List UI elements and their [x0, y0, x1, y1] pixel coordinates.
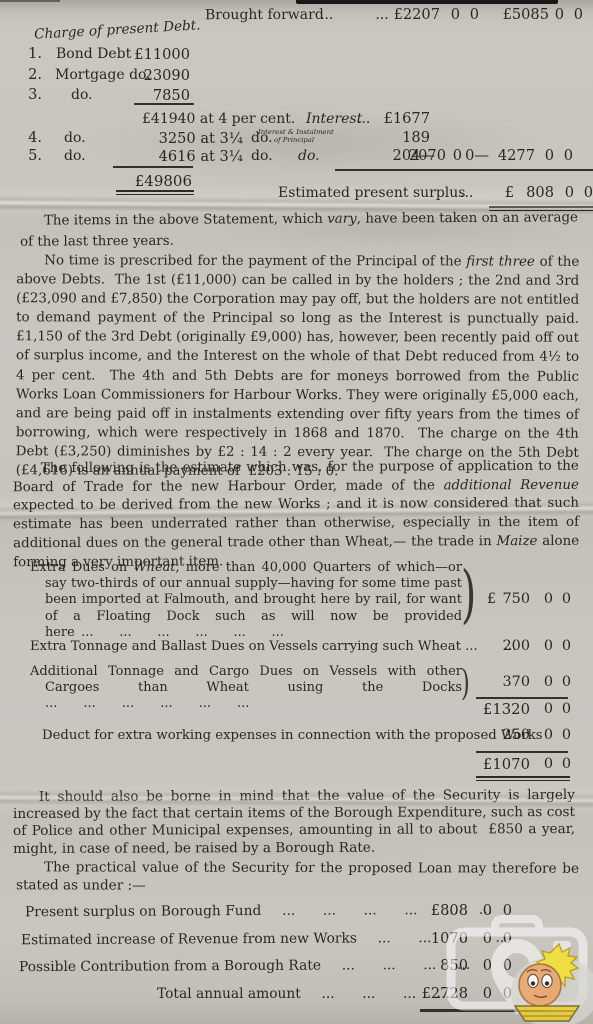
sum-rule [113, 166, 193, 168]
shillings-col: 0 [480, 902, 492, 919]
shillings-col: 0 [480, 985, 492, 1002]
pence-col: 0 [559, 638, 571, 654]
debt-item-number: 1. [24, 45, 42, 62]
grand-total: £49806 [130, 172, 192, 190]
security-row-surplus: Present surplus on Borough Fund ... ... … [25, 902, 492, 920]
sum-rule [335, 169, 593, 171]
pence-col: 0 [500, 930, 512, 947]
security-value: 1070 [424, 930, 468, 947]
pence-col: 0 [559, 674, 571, 690]
sum-rule [420, 1009, 546, 1012]
shillings-col: 0 [541, 674, 553, 690]
ditto-label: do. [298, 148, 320, 164]
estimate-row-wheat-dues: Extra Dues on Wheat, more than 40,000 Qu… [30, 560, 462, 641]
paragraph-practical-value: The practical value of the Security for … [16, 859, 579, 895]
currency-symbol: £ [502, 184, 514, 201]
estimate-value: 750 [492, 591, 530, 607]
leader-dots: ... ... [320, 7, 389, 23]
shillings-col: 0 [450, 147, 462, 164]
text-segment: Present surplus on Borough Fund [25, 903, 261, 920]
text-segment: The practical value of the Security for … [16, 859, 583, 893]
italic-first-three: first three [466, 254, 535, 269]
debt-item-value: 4616 at 3¼ [158, 148, 243, 165]
shillings-col: 0 [541, 756, 553, 772]
pence-col: 0 [559, 756, 571, 772]
debt-item-number: 4. [24, 129, 42, 146]
estimate-subtotal: £1320 [478, 701, 530, 718]
debt-item-number: 2. [24, 66, 42, 83]
shillings-col: 0 [541, 701, 553, 717]
debt-item-label: do. [64, 148, 86, 164]
text-segment: Estimated increase of Revenue from new W… [21, 931, 357, 949]
text-segment: of the above Debts. The 1st (£11,000) ca… [16, 255, 588, 480]
debt-item-label: do. [71, 87, 93, 103]
security-total-row: Total annual amount ... ... ... ... [157, 986, 450, 1002]
paragraph-average-note: The items in the above Statement, which … [20, 207, 578, 252]
double-rule [116, 190, 194, 195]
leader-dots: ... [357, 111, 370, 127]
italic-additional-revenue: additional Revenue [444, 477, 579, 493]
sum-rule [476, 751, 568, 753]
pence-col: 0— [465, 147, 489, 164]
pence-col: 0 [467, 6, 479, 23]
interest-instalment-note: Interest & Instalmentof Principal [258, 129, 330, 144]
estimate-value: 250 [492, 727, 530, 743]
debt-item-label: do. [64, 130, 86, 146]
text-segment: Possible Contribution from a Borough Rat… [19, 958, 321, 976]
scan-edge-strip [296, 0, 558, 4]
total-value: 4277 [489, 147, 535, 164]
pence-col: 0 [500, 902, 512, 919]
shillings-col: 0 [541, 727, 553, 743]
text-segment: No time is prescribed for the payment of… [44, 253, 466, 269]
security-value: 808 [424, 902, 468, 919]
debt-item-value: £11000 [128, 46, 190, 63]
paragraph-debt-terms: No time is prescribed for the payment of… [16, 251, 580, 482]
pence-col: 0 [500, 985, 512, 1002]
ditto-label: do. [251, 148, 273, 164]
debt-item-value: 23090 [128, 67, 190, 84]
italic-maize: Maize [496, 534, 537, 549]
scanned-document-page: Brought forward ... ... £2207 0 0 £5085 … [0, 0, 593, 1024]
security-row-borough-rate: Possible Contribution from a Borough Rat… [19, 957, 470, 975]
italic-wheat: Wheat [133, 560, 175, 575]
estimate-net-total: £1070 [478, 756, 530, 773]
shillings-col: 0 [562, 184, 574, 201]
surplus-label: Estimated present surplus [278, 185, 466, 201]
security-value: 850 [424, 957, 468, 974]
brace-glyph: ) [461, 662, 470, 704]
pence-col: 0 [500, 957, 512, 974]
sun-icon [537, 944, 578, 987]
pence-col: 0 [561, 147, 573, 164]
estimate-row-cargo-dues: Additional Tonnage and Cargo Dues on Ves… [30, 664, 462, 713]
shillings-col: 0 [552, 6, 564, 23]
shillings-col: 0 [541, 591, 553, 607]
debt-item-value: 7850 [128, 87, 190, 104]
brought-forward-amount-2: £5085 [495, 6, 549, 23]
principal-total: £41940 at 4 per cent. [142, 111, 295, 127]
debt-item-value: 3250 at 3¼ [158, 130, 243, 147]
debt-item-number: 3. [24, 86, 42, 103]
estimate-value: 200 [492, 638, 530, 654]
brought-forward-amount-1: £2207 [388, 6, 440, 23]
face-icon [519, 964, 561, 1006]
sum-rule [134, 103, 194, 105]
text-segment: Extra Tonnage and Ballast Dues on Vessel… [30, 639, 478, 654]
note-line2: of Principal [274, 136, 314, 144]
brought-forward-label: Brought forward [205, 7, 324, 23]
interest-value: £1677 [375, 110, 430, 127]
charge-heading: Charge of present Debt. [34, 17, 201, 42]
paragraph-security-value: It should also be borne in mind that the… [13, 787, 575, 858]
shillings-col: 0 [541, 638, 553, 654]
text-segment: Extra Dues on [30, 560, 133, 575]
subtotal-value: 2070 [398, 147, 446, 164]
estimate-value: 370 [492, 674, 530, 690]
interest-word: Interest [306, 111, 362, 127]
leader-dots: ... [460, 185, 473, 201]
estimate-deduct-label: Deduct for extra working expenses in con… [42, 728, 543, 743]
leader-dots: ... ... ... ... ... ... [75, 625, 284, 640]
brace-glyph: ) [461, 558, 476, 632]
text-segment: Total annual amount [157, 986, 301, 1002]
security-total-value: £2728 [418, 985, 468, 1002]
pence-col: 0 [559, 701, 571, 717]
pence-col: 0 [559, 727, 571, 743]
leader-dots: ... ... ... ... ... [57, 696, 249, 711]
shillings-col: 0 [448, 6, 460, 23]
scan-edge-strip [0, 0, 60, 2]
surplus-value: 808 [518, 184, 554, 201]
text-segment: The items in the above Statement, which [44, 212, 327, 229]
sum-rule [476, 697, 568, 699]
estimate-row-tonnage-ballast: Extra Tonnage and Ballast Dues on Vessel… [30, 639, 517, 654]
paragraph-estimate-intro: The following is the estimate which was,… [13, 458, 579, 573]
pence-col: 0 [559, 591, 571, 607]
debt-item-label: Bond Debt [56, 46, 131, 62]
shillings-col: 0 [542, 147, 554, 164]
shillings-col: 0 [480, 930, 492, 947]
interest-value: 189 [377, 129, 430, 146]
text-segment: It should also be borne in mind that the… [13, 787, 579, 857]
debt-item-number: 5. [24, 147, 42, 164]
italic-vary: vary [327, 212, 357, 227]
shillings-col: 0 [480, 957, 492, 974]
pence-col: 0 [581, 184, 593, 201]
double-rule [476, 776, 570, 781]
pence-col: 0 [571, 6, 583, 23]
